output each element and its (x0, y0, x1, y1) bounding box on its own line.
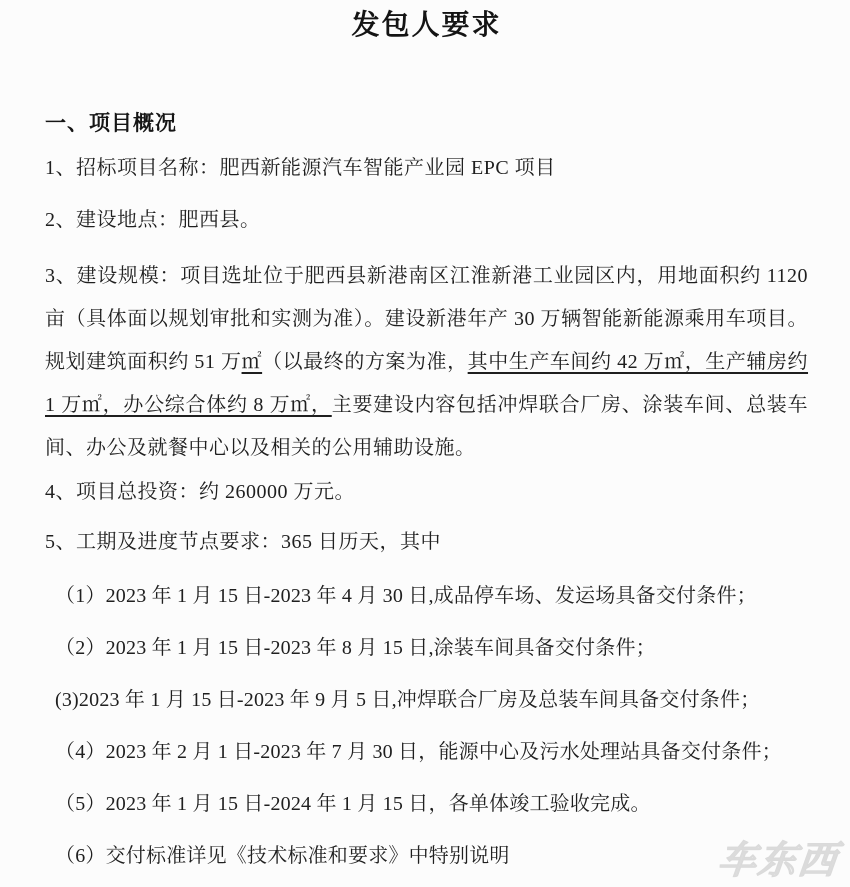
schedule-subitem: (3)2023 年 1 月 15 日-2023 年 9 月 5 日,冲焊联合厂房… (45, 685, 808, 715)
schedule-subitem: （4）2023 年 2 月 1 日-2023 年 7 月 30 日，能源中心及污… (45, 737, 808, 767)
item-scale-paragraph: 3、建设规模：项目选址位于肥西县新港南区江淮新港工业园区内，用地面积约 1120… (45, 255, 808, 470)
schedule-subitem: （1）2023 年 1 月 15 日-2023 年 4 月 30 日,成品停车场… (45, 581, 808, 611)
item-investment: 4、项目总投资：约 260000 万元。 (45, 477, 808, 507)
page-title: 发包人要求 (45, 0, 808, 45)
document-content: 发包人要求 一、项目概况 1、招标项目名称：肥西新能源汽车智能产业园 EPC 项… (0, 0, 850, 871)
schedule-subitem: （5）2023 年 1 月 15 日-2024 年 1 月 15 日，各单体竣工… (45, 789, 808, 819)
schedule-subitem: （2）2023 年 1 月 15 日-2023 年 8 月 15 日,涂装车间具… (45, 633, 808, 663)
item-schedule: 5、工期及进度节点要求：365 日历天，其中 (45, 527, 808, 557)
item-location: 2、建设地点：肥西县。 (45, 205, 808, 235)
item-project-name: 1、招标项目名称：肥西新能源汽车智能产业园 EPC 项目 (45, 153, 808, 183)
section-heading: 一、项目概况 (45, 109, 808, 139)
schedule-subitem: （6）交付标准详见《技术标准和要求》中特别说明 (45, 841, 808, 871)
watermark-logo: 车东西 (716, 839, 841, 883)
document-page: 发包人要求 一、项目概况 1、招标项目名称：肥西新能源汽车智能产业园 EPC 项… (0, 0, 850, 887)
